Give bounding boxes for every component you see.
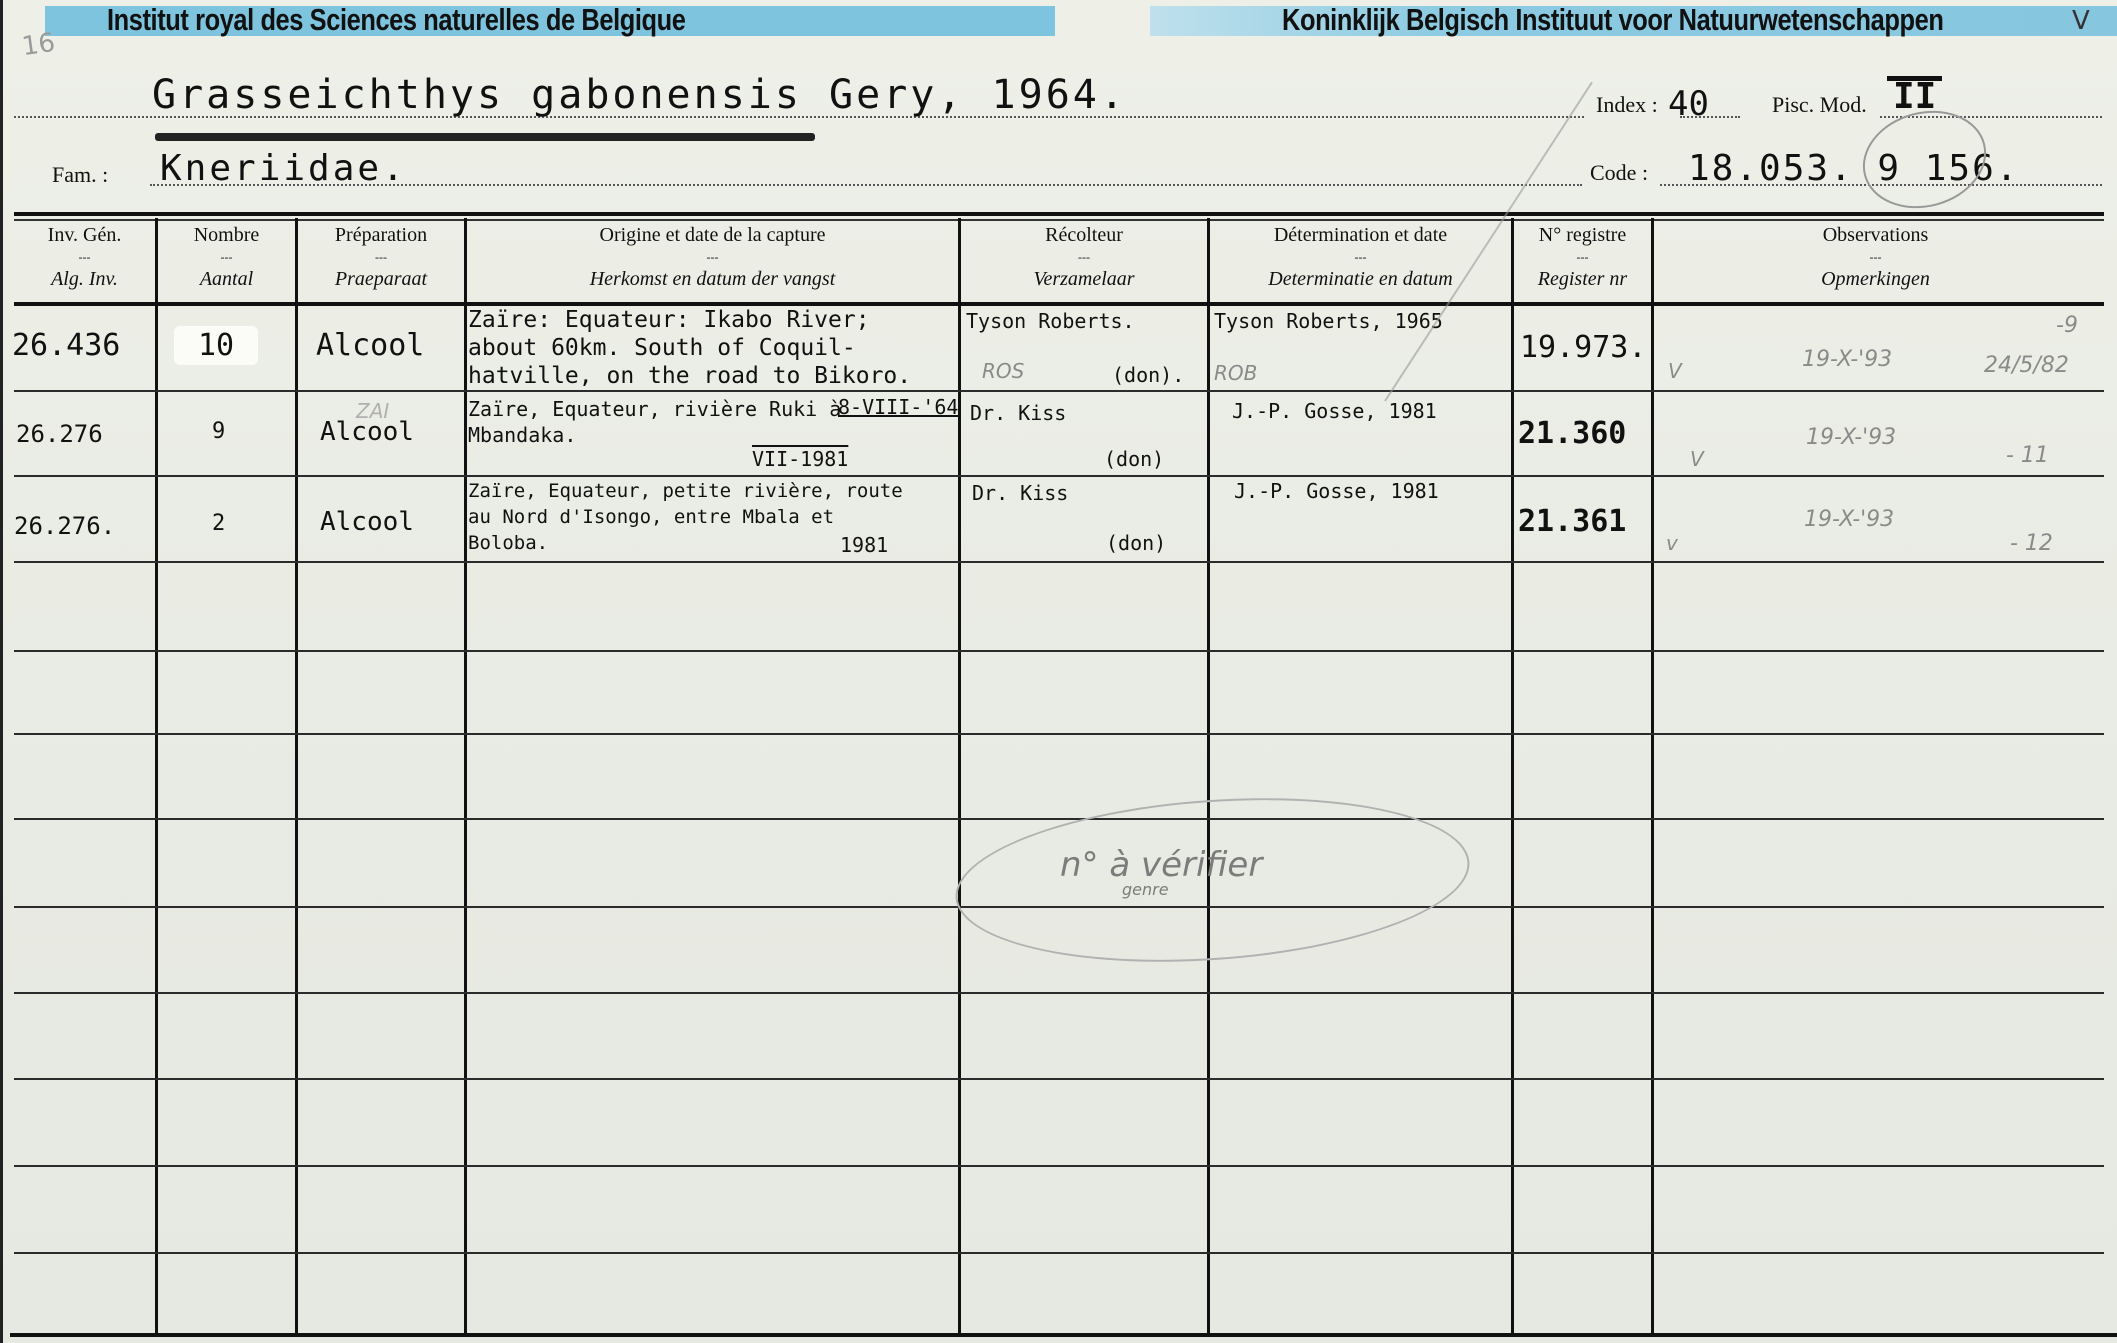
table-bottom-rule — [10, 1333, 2117, 1337]
register-number: 21.361 — [1518, 504, 1626, 539]
determination-pencil-note: ROB — [1214, 360, 1257, 386]
card-left-edge — [0, 0, 3, 1343]
column-header-fr: Origine et date de la capture — [467, 222, 958, 246]
column-header-fr: Récolteur — [961, 222, 1207, 246]
register-number: 19.973. — [1520, 330, 1646, 365]
column-header-nl: Opmerkingen — [1654, 268, 2097, 290]
collector: Dr. Kiss — [970, 400, 1066, 426]
institute-name-fr: Institut royal des Sciences naturelles d… — [107, 2, 685, 38]
column-header-separator: --- — [467, 246, 958, 268]
column-header-separator: --- — [1514, 246, 1651, 268]
row-divider — [14, 650, 2104, 652]
col-divider — [1651, 218, 1654, 1336]
column-header-nl: Determinatie en datum — [1210, 268, 1511, 290]
observation-date: 19-X-'93 — [1806, 424, 1896, 452]
specimen-count: 10 — [174, 326, 258, 365]
observation-check: v — [1666, 530, 1678, 556]
preparation: Alcool — [316, 328, 424, 363]
column-header-separator: --- — [158, 246, 295, 268]
col-divider — [464, 218, 467, 1336]
collector-pencil-note: ROS — [982, 358, 1024, 384]
column-header-nl: Herkomst en datum der vangst — [467, 268, 958, 290]
column-header-fr: N° registre — [1514, 222, 1651, 246]
species-name: Grasseichthys gabonensis Gery, 1964. — [152, 72, 1127, 118]
row-divider — [14, 1078, 2104, 1080]
determination: Tyson Roberts, 1965 — [1214, 308, 1443, 334]
register-number: 21.360 — [1518, 416, 1626, 451]
col-divider — [1511, 218, 1514, 1336]
column-header-fr: Nombre — [158, 222, 295, 246]
row-divider — [14, 1165, 2104, 1167]
origin-text: Zaïre: Equateur: Ikabo River; about 60km… — [468, 306, 911, 390]
column-header-origin: Origine et date de la capture --- Herkom… — [467, 222, 958, 302]
column-header-separator: --- — [1654, 246, 2097, 268]
column-header-register: N° registre --- Register nr — [1514, 222, 1651, 302]
specimen-count: 2 — [212, 510, 225, 538]
observation-check: V — [1668, 358, 1682, 384]
index-label: Index : — [1596, 92, 1658, 118]
collector: Tyson Roberts. — [966, 308, 1135, 334]
observation-number: -9 — [2056, 312, 2078, 340]
pisc-mod-value: II — [1887, 76, 1942, 113]
verify-annotation: n° à vérifier — [1060, 845, 1262, 885]
determination: J.-P. Gosse, 1981 — [1232, 398, 1437, 424]
observation-number: - 11 — [2006, 442, 2049, 470]
table-top-rule-thin — [14, 219, 2104, 221]
family-label: Fam. : — [52, 162, 108, 188]
column-header-nl: Register nr — [1514, 268, 1651, 290]
column-header-nl: Praeparaat — [298, 268, 464, 290]
catalog-card: Institut royal des Sciences naturelles d… — [0, 0, 2117, 1343]
column-header-nl: Verzamelaar — [961, 268, 1207, 290]
inv-number: 26.276 — [16, 420, 103, 448]
species-underline — [155, 133, 815, 141]
col-divider — [1207, 218, 1210, 1336]
row-divider — [14, 390, 2104, 392]
verify-annotation-sub: genre — [1122, 880, 1169, 899]
pisc-mod-label: Pisc. Mod. — [1772, 92, 1867, 118]
column-header-fr: Observations — [1654, 222, 2097, 246]
observation-date: 19-X-'93 — [1804, 506, 1894, 534]
origin-text: Zaïre, Equateur, petite rivière, route a… — [468, 478, 903, 556]
observation-number: - 12 — [2010, 530, 2053, 558]
column-header-fr: Inv. Gén. — [14, 222, 155, 246]
collector-donation: (don) — [1104, 446, 1164, 472]
row-divider — [14, 475, 2104, 477]
column-header-collector: Récolteur --- Verzamelaar — [961, 222, 1207, 302]
column-header-nl: Alg. Inv. — [14, 268, 155, 290]
institute-name-nl: Koninklijk Belgisch Instituut voor Natuu… — [1282, 2, 1943, 38]
table-top-rule — [14, 212, 2104, 216]
col-divider — [155, 218, 158, 1336]
family-value: Kneriidae. — [160, 148, 407, 189]
check-mark: V — [2072, 6, 2090, 36]
column-header-observations: Observations --- Opmerkingen — [1654, 222, 2097, 302]
specimen-count: 9 — [212, 418, 225, 446]
origin-text: Zaïre, Equateur, rivière Ruki à Mbandaka… — [468, 396, 841, 448]
origin-date: 1981 — [840, 532, 888, 558]
column-header-fr: Détermination et date — [1210, 222, 1511, 246]
collector-donation: (don) — [1106, 530, 1166, 556]
code-label: Code : — [1590, 160, 1648, 186]
inv-number: 26.436 — [12, 328, 120, 363]
collector-donation: (don). — [1112, 362, 1184, 388]
column-header-separator: --- — [1210, 246, 1511, 268]
row-divider — [14, 992, 2104, 994]
origin-collection-date: 8-VIII-'64 — [838, 394, 958, 420]
col-divider — [958, 218, 961, 1336]
corner-pencil-note: 16 — [20, 28, 57, 62]
column-header-preparation: Préparation --- Praeparaat — [298, 222, 464, 302]
index-value: 40 — [1668, 84, 1709, 124]
inv-number: 26.276. — [14, 512, 115, 540]
column-header-nl: Aantal — [158, 268, 295, 290]
observation-extra-date: 24/5/82 — [1984, 352, 2069, 380]
column-header-separator: --- — [298, 246, 464, 268]
observation-date: 19-X-'93 — [1802, 346, 1892, 374]
determination: J.-P. Gosse, 1981 — [1234, 478, 1439, 504]
column-header-count: Nombre --- Aantal — [158, 222, 295, 302]
column-header-inv: Inv. Gén. --- Alg. Inv. — [14, 222, 155, 302]
row-divider — [14, 733, 2104, 735]
col-divider — [295, 218, 298, 1336]
origin-date: VII-1981 — [752, 446, 848, 472]
row-divider — [14, 1252, 2104, 1254]
preparation-pencil-note: ZAI — [356, 398, 389, 424]
collector: Dr. Kiss — [972, 480, 1068, 506]
row-divider — [14, 818, 2104, 820]
preparation: Alcool — [320, 508, 414, 536]
column-header-determination: Détermination et date --- Determinatie e… — [1210, 222, 1511, 302]
column-header-separator: --- — [961, 246, 1207, 268]
column-header-fr: Préparation — [298, 222, 464, 246]
column-header-separator: --- — [14, 246, 155, 268]
observation-check: V — [1690, 446, 1704, 472]
row-divider — [14, 561, 2104, 563]
header-bottom-rule — [14, 302, 2104, 306]
